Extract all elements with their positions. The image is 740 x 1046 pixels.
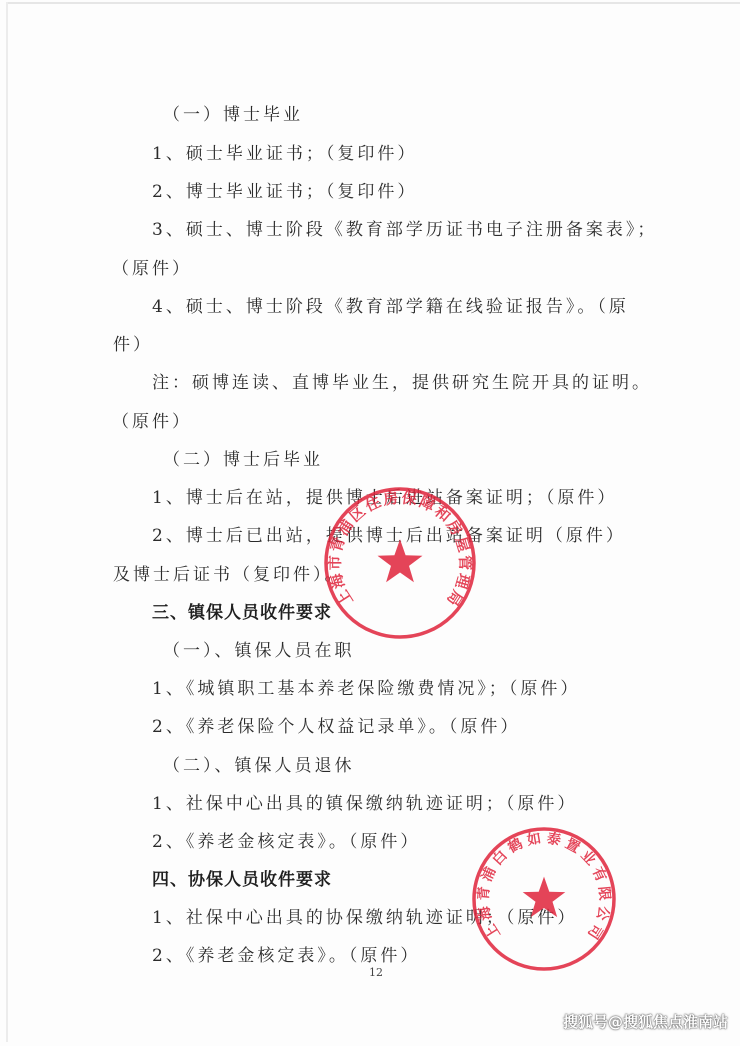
document-line: （原件） [112, 411, 192, 433]
document-line: 1、《城镇职工基本养老保险缴费情况》；（原件） [152, 678, 580, 700]
document-line: 1、社保中心出具的镇保缴纳轨迹证明；（原件） [152, 793, 577, 815]
document-line: 2、《养老金核定表》。（原件） [152, 945, 420, 967]
document-line: 1、博士后在站，提供博士后进站备案证明；（原件） [152, 487, 617, 509]
document-line: （二）、镇保人员退休 [163, 755, 355, 777]
document-line: 件） [113, 334, 153, 356]
section-heading: 四、协保人员收件要求 [152, 869, 332, 891]
page-edge [6, 2, 8, 1042]
watermark: 搜狐号@搜狐焦点淮南站 [563, 1011, 728, 1032]
document-line: （一）、镇保人员在职 [163, 640, 355, 662]
page-number: 12 [369, 966, 383, 979]
document-line: 1、硕士毕业证书；（复印件） [152, 143, 417, 165]
section-heading: 三、镇保人员收件要求 [152, 602, 332, 624]
document-line: （原件） [112, 258, 192, 280]
document-line: （二）博士后毕业 [163, 449, 323, 471]
document-line: 2、博士毕业证书；（复印件） [152, 181, 417, 203]
document-page: （一）博士毕业1、硕士毕业证书；（复印件）2、博士毕业证书；（复印件）3、硕士、… [0, 0, 740, 1046]
document-line: 及博士后证书（复印件）。 [113, 564, 345, 586]
document-line: 4、硕士、博士阶段《教育部学籍在线验证报告》。（原 [152, 296, 629, 318]
document-line: 注：硕博连读、直博毕业生，提供研究生院开具的证明。 [152, 372, 652, 394]
document-line: 2、博士后已出站，提供博士后出站备案证明（原件） [152, 525, 626, 547]
document-line: 1、社保中心出具的协保缴纳轨迹证明；（原件） [152, 907, 577, 929]
document-line: 2、《养老金核定表》。（原件） [152, 831, 420, 853]
seal-stamp: 上海市青浦区住房保障和房屋管理局 [326, 489, 474, 637]
seal-stamp: 上海青浦白鹤如泰置业有限公司 [474, 829, 614, 969]
document-line: 2、《养老保险个人权益记录单》。（原件） [152, 716, 520, 738]
document-line: （一）博士毕业 [163, 104, 303, 126]
page-edge [8, 2, 740, 4]
document-line: 3、硕士、博士阶段《教育部学历证书电子注册备案表》； [152, 219, 657, 241]
